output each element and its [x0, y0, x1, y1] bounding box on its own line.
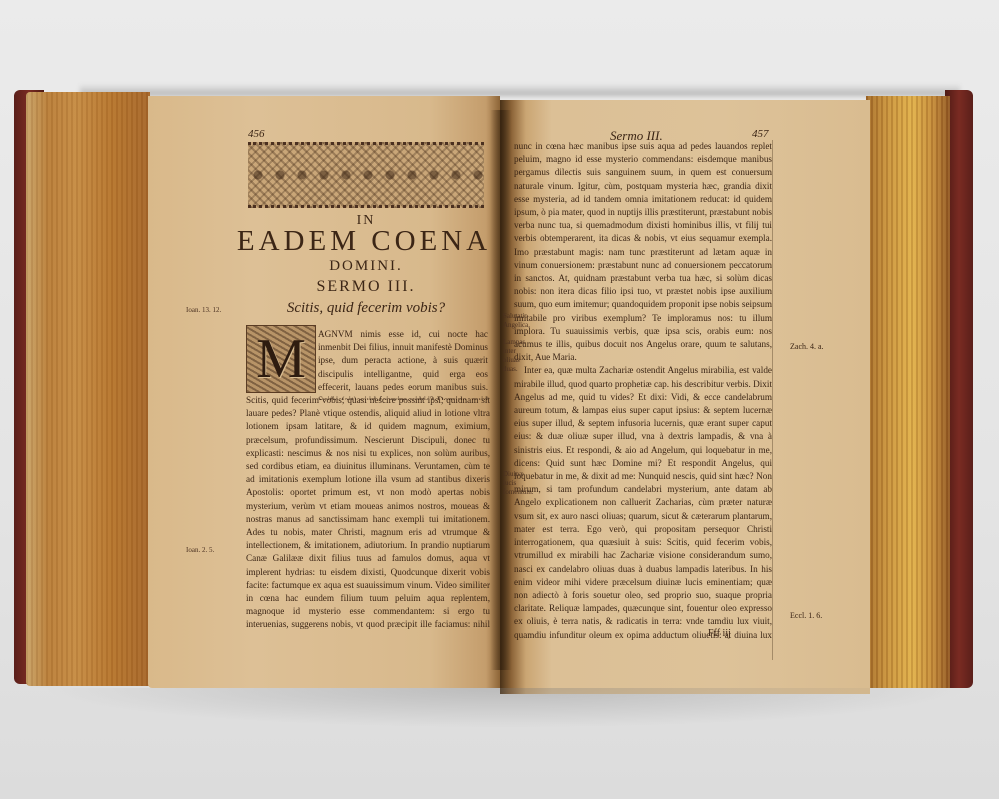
paragraph-text: AGNVM nimis esse id, cui nocte hac inmen… [318, 328, 488, 400]
title-sermo: SERMO III. [248, 278, 484, 296]
table-shadow [40, 688, 970, 728]
margin-note-salutatio: Salutatio Angelica. [503, 312, 533, 330]
margin-note-ioan-13: Ioan. 13. 12. [186, 306, 221, 315]
title-quote: Scitis, quid fecerim vobis? [248, 300, 484, 317]
margin-note-diuinae: Diuinæ lucis fomentum. [503, 470, 533, 497]
paragraph-text: Scitis, quid fecerim vobis; quasi nescir… [246, 394, 490, 634]
paragraph-text: nunc in cœna hæc manibus ipse suis aqua … [514, 140, 772, 364]
signature-mark: Fff iij [708, 628, 731, 639]
left-first-paragraph: AGNVM nimis esse id, cui nocte hac inmen… [318, 328, 488, 400]
paragraph-text: Inter ea, quæ multa Zachariæ ostendit An… [514, 364, 772, 640]
margin-ref-zach: Zach. 4. a. [790, 342, 824, 351]
title-eadem-coena: EADEM COENA [236, 225, 492, 258]
margin-note-lampas: Lampas inter oliuas duas. [503, 338, 533, 374]
left-page-number: 456 [248, 128, 265, 140]
margin-note-ioan-2: Ioan. 2. 5. [186, 546, 214, 555]
background-shadow [80, 84, 960, 96]
page-edges-left [26, 92, 150, 686]
margin-rule [772, 140, 773, 660]
left-body-text: Scitis, quid fecerim vobis; quasi nescir… [246, 394, 490, 634]
page-edges-right-gilt [866, 96, 950, 688]
title-domini: DOMINI. [248, 258, 484, 275]
book-gutter [490, 110, 512, 670]
decorated-initial-m-icon: M [246, 325, 316, 393]
right-page-number: 457 [752, 128, 769, 140]
ornamental-headpiece-icon [248, 142, 484, 208]
margin-ref-eccl: Eccl. 1. 6. [790, 611, 822, 620]
right-body-text: nunc in cœna hæc manibus ipse suis aqua … [514, 140, 772, 640]
